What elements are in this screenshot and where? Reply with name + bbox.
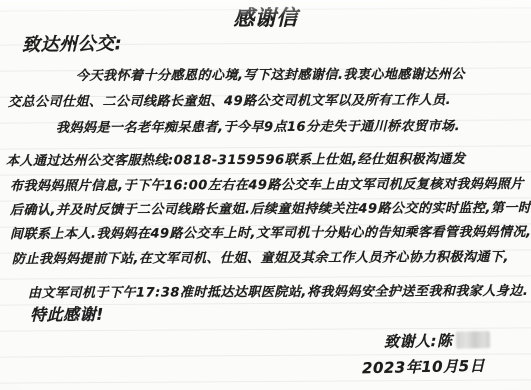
body-line: 间联系上本人.我妈妈在49路公交车上时,文军司机十分贴心的告知乘客看管我妈妈情况… xyxy=(10,221,531,242)
body-line: 今天我怀着十分感恩的心境,写下这封感谢信.我衷心地感谢达州公 xyxy=(76,63,465,84)
redacted-name-blur xyxy=(455,331,489,349)
body-line: 我妈妈是一名老年痴呆患者,于今早9点16分走失于通川桥农贸市场. xyxy=(56,115,460,136)
body-line: 布我妈妈照片信息,于下午16:00左右在49路公交车上由文军司机反复核对我妈妈照… xyxy=(10,173,524,194)
body-line: 交总公司仕姐、二公司线路长童姐、49路公交司机文军以及所有工作人员. xyxy=(8,89,451,110)
salutation: 致达州公交: xyxy=(22,29,123,56)
signature-line: 致谢人:陈 xyxy=(384,329,490,352)
letter-photo: 感谢信 致达州公交: 今天我怀着十分感恩的心境,写下这封感谢信.我衷心地感谢达州… xyxy=(0,0,531,390)
signature-prefix: 致谢人:陈 xyxy=(384,330,453,352)
body-line: 防止我妈妈提前下站,在文军司机、仕姐、童姐及其余工作人员齐心协力积极沟通下, xyxy=(12,246,509,267)
body-line: 后确认,并及时反馈于二公司线路长童姐.后续童姐持续关注49路公交的实时监控,第一… xyxy=(10,197,531,218)
closing-phrase: 特此感谢! xyxy=(30,302,104,326)
letter-date: 2023年10月5日 xyxy=(362,355,485,379)
body-line: 由文军司机于下午17:38准时抵达达职医院站,将我妈妈安全护送至我和我家人身边. xyxy=(28,280,528,301)
body-line: 本人通过达州公交客服热线:0818-3159596联系上仕姐,经仕姐积极沟通发 xyxy=(6,148,466,169)
